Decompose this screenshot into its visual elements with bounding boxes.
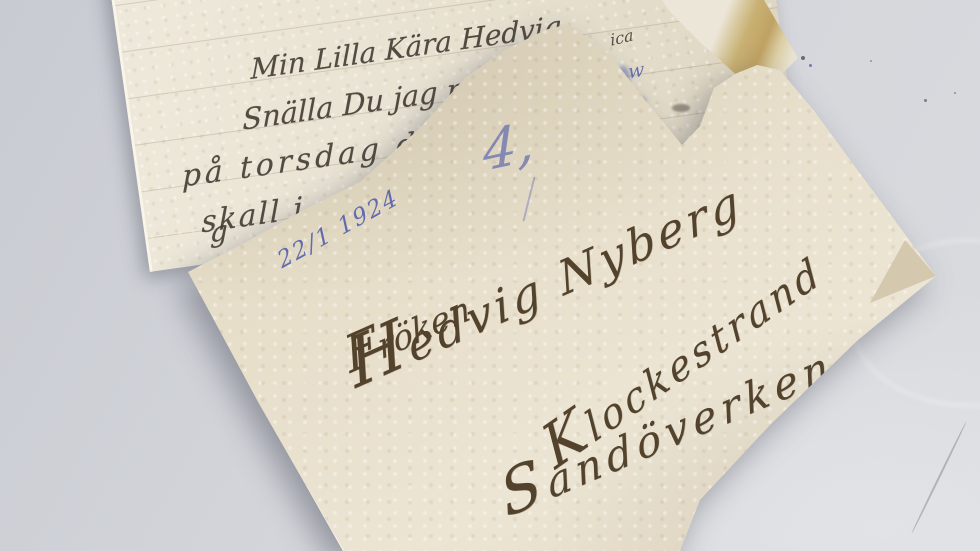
photo-scene: Min Lilla Kära Hedvig Snälla Du jag m på… [0, 0, 980, 551]
postal-mark-stroke [522, 176, 535, 221]
envelope-edge-highlight [255, 400, 345, 551]
envelope-paper: 22/1 1924 4, Fröken Hedvig Nyberg Klocke… [0, 0, 980, 551]
date-notation: 22/1 1924 [274, 184, 403, 274]
postal-mark-4: 4, [482, 109, 535, 184]
envelope: 22/1 1924 4, Fröken Hedvig Nyberg Klocke… [0, 0, 980, 551]
